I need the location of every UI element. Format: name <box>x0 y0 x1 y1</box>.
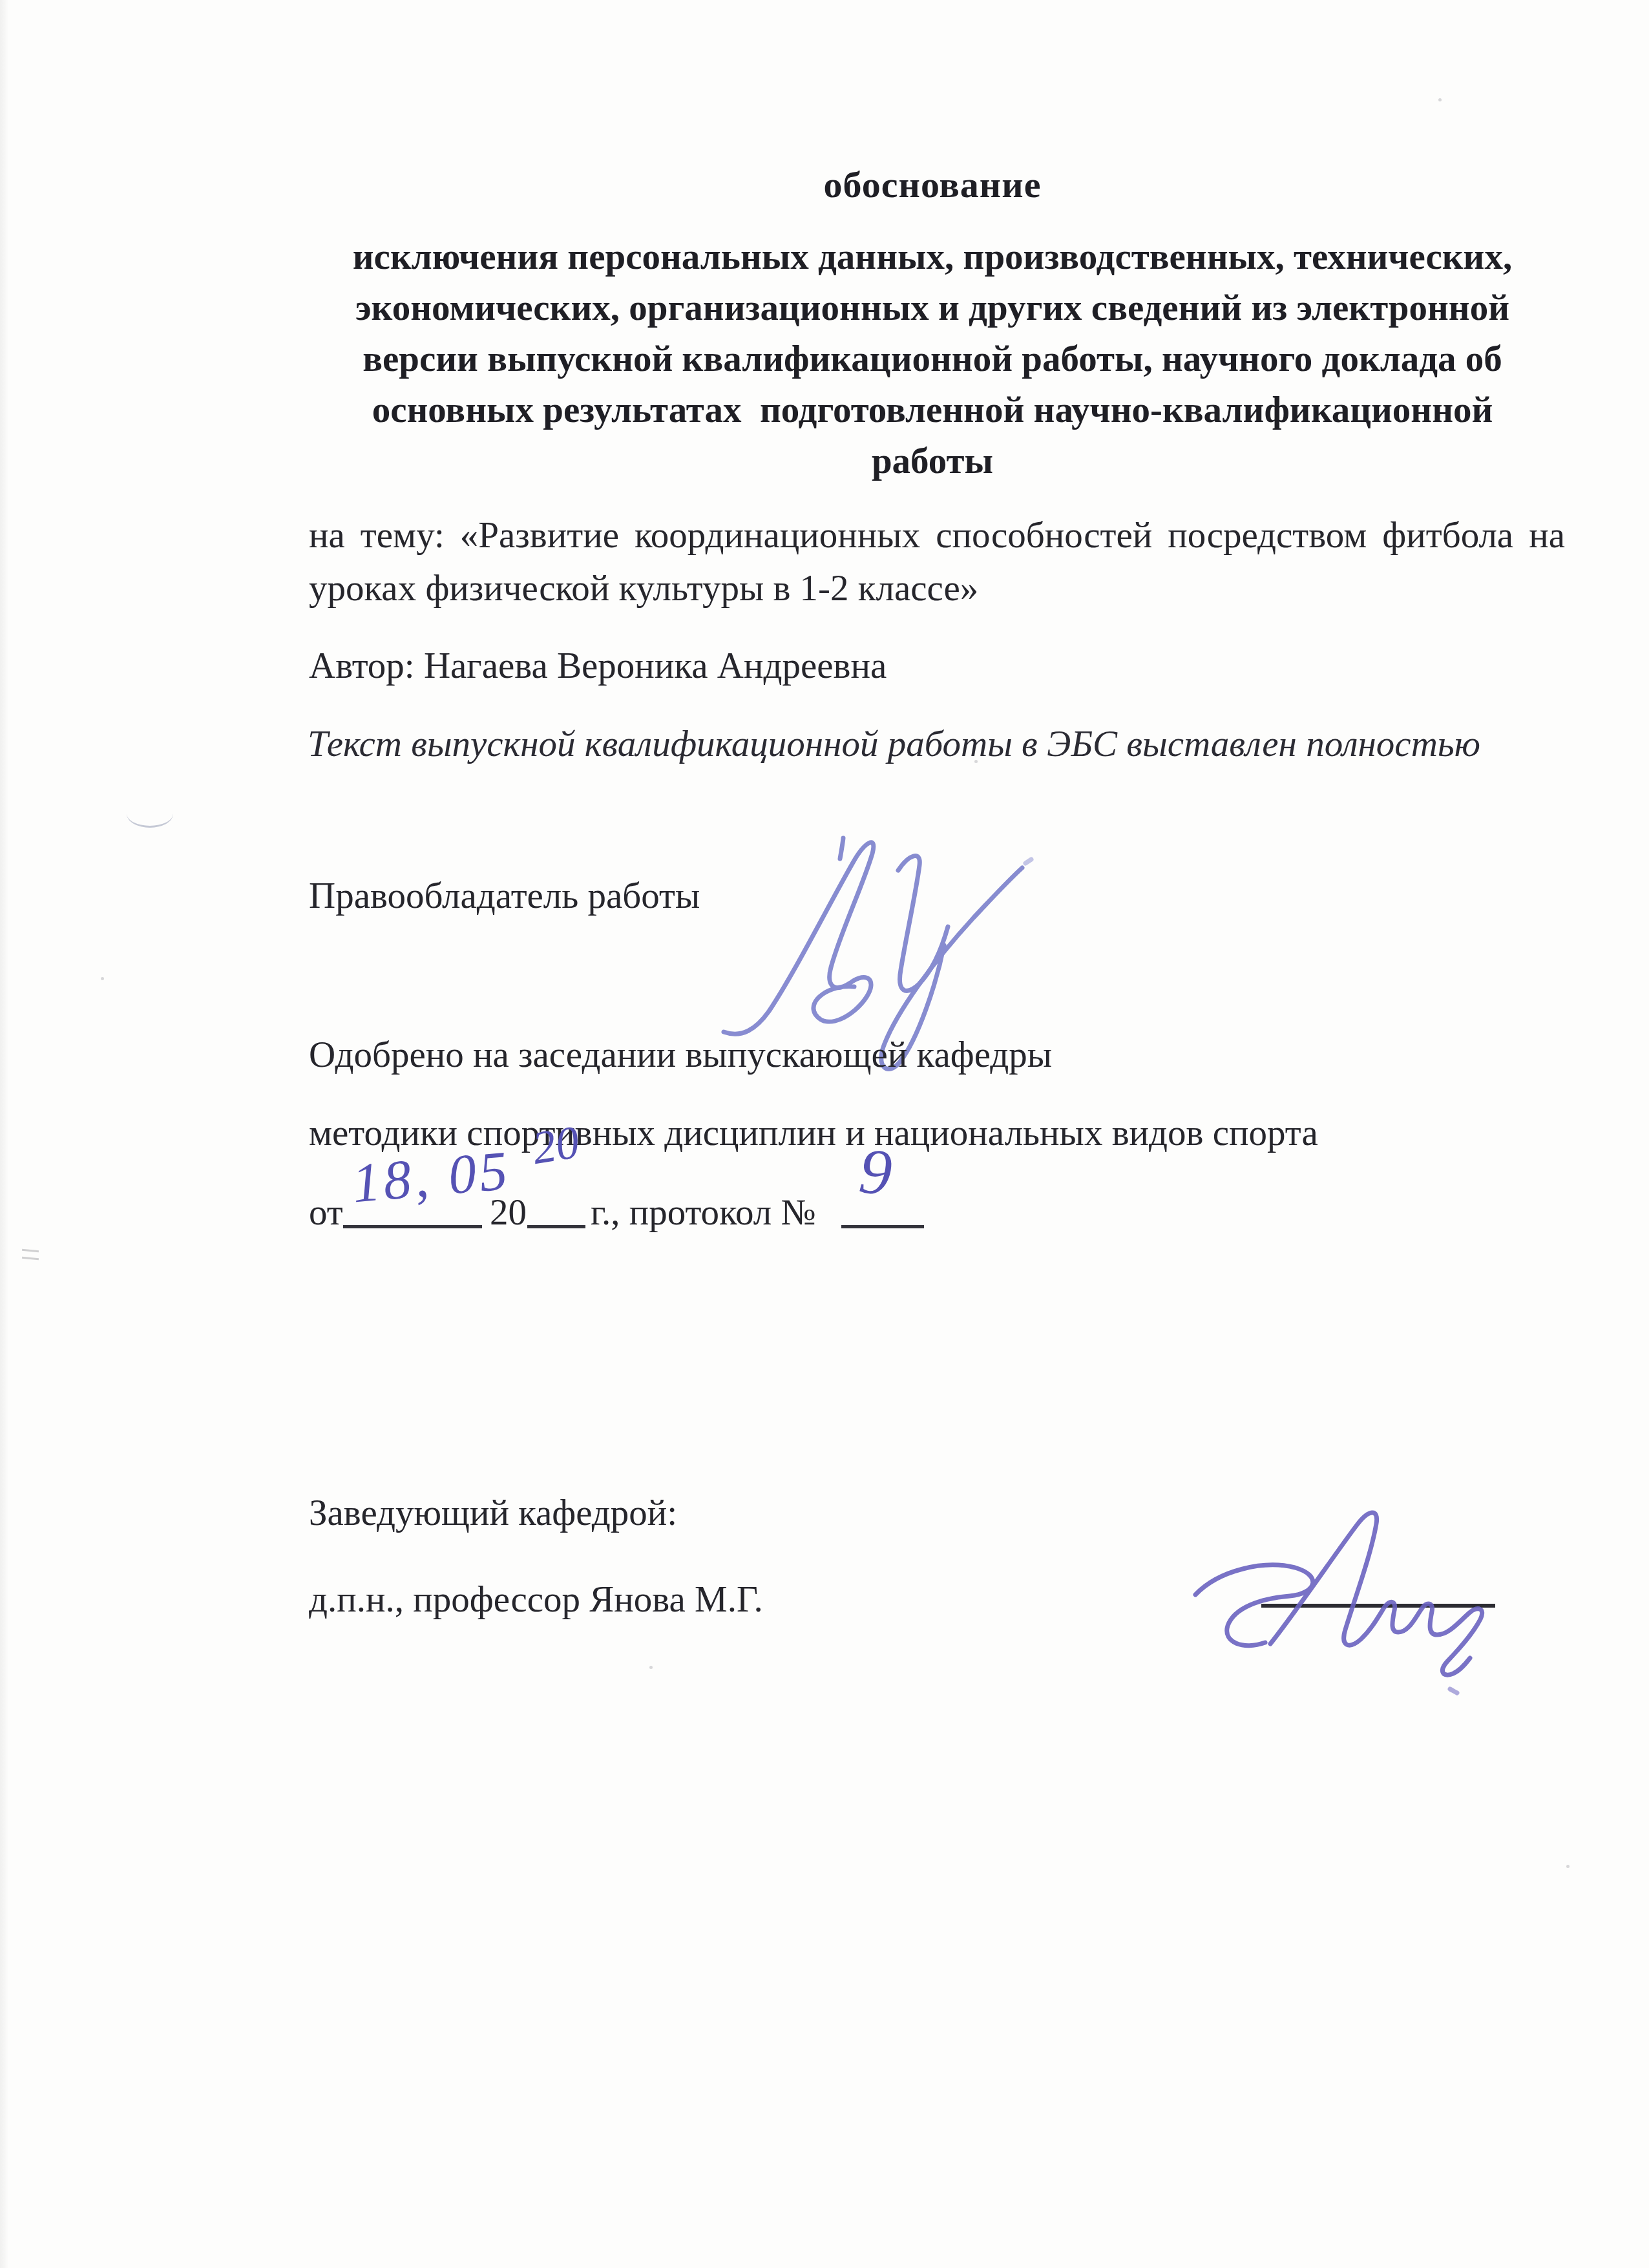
rightsholder-label: Правообладатель работы <box>309 871 700 921</box>
handwritten-protocol-number: 9 <box>857 1139 895 1206</box>
subtitle-line: основных результатах подготовленной науч… <box>309 384 1556 436</box>
scanned-document-page: обоснование исключения персональных данн… <box>0 0 1649 2268</box>
scan-speck <box>974 760 978 763</box>
thesis-topic-line: уроках физической культуры в 1-2 классе» <box>309 562 1565 615</box>
date-blank-line <box>343 1225 482 1228</box>
approved-line: Одобрено на заседании выпускающей кафедр… <box>309 1030 1052 1080</box>
year-prefix-printed: 20 <box>490 1188 527 1238</box>
handwritten-year: 20 <box>529 1118 582 1171</box>
subtitle-line: версии выпускной квалификационной работы… <box>309 333 1556 384</box>
protocol-number-blank-line <box>841 1225 924 1228</box>
author-line: Автор: Нагаева Вероника Андреевна <box>309 641 887 691</box>
thesis-topic: на тему: «Развитие координационных спосо… <box>309 509 1565 615</box>
protocol-prefix: от <box>309 1188 343 1238</box>
document-subtitle: исключения персональных данных, производ… <box>309 231 1556 487</box>
subtitle-line: работы <box>309 436 1556 487</box>
scan-speck <box>1438 98 1442 101</box>
head-position-label: Заведующий кафедрой: <box>309 1488 677 1538</box>
scan-edge-shadow <box>0 0 9 2268</box>
scan-speck <box>649 1666 653 1669</box>
ebs-statement: Текст выпускной квалификационной работы … <box>308 719 1480 770</box>
scan-speck <box>1566 1865 1570 1868</box>
head-name-line: д.п.н., профессор Янова М.Г. <box>309 1575 763 1625</box>
protocol-suffix: г., протокол № <box>591 1188 816 1238</box>
scan-speck <box>101 977 104 980</box>
year-blank-line <box>527 1225 585 1228</box>
subtitle-line: исключения персональных данных, производ… <box>309 231 1556 282</box>
subtitle-line: экономических, организационных и других … <box>309 282 1556 333</box>
document-title: обоснование <box>309 159 1556 211</box>
scan-artifact-arc <box>127 800 173 828</box>
handwritten-date: 18, 05 <box>350 1142 513 1211</box>
scan-artifact-mark <box>22 1250 39 1263</box>
head-signature <box>1173 1503 1535 1729</box>
thesis-topic-line: на тему: «Развитие координационных спосо… <box>309 509 1565 562</box>
